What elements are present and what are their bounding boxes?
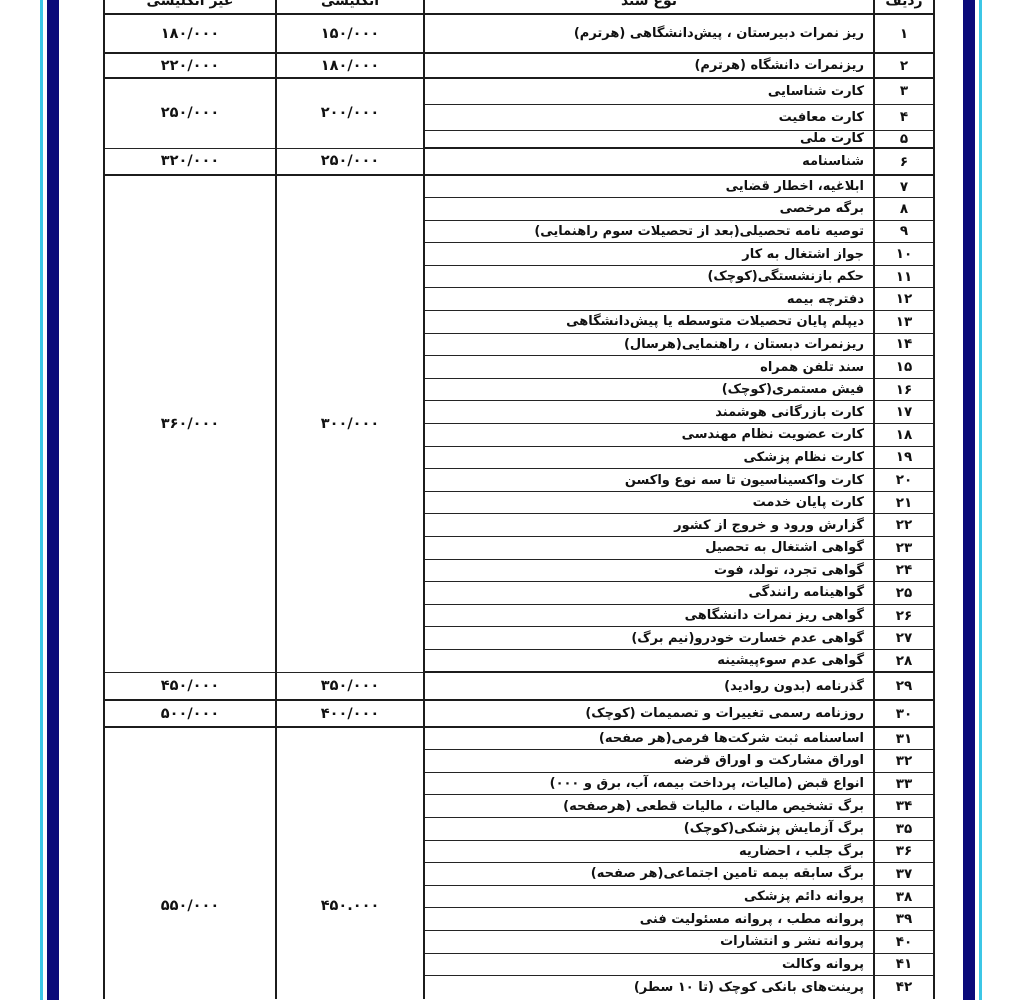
doc-type-cell: ابلاغیه، اخطار قضایی [424,175,874,198]
doc-type-cell: کارت ملی [424,130,874,148]
doc-type-cell: پروانه مطب ، پروانه مسئولیت فنی [424,908,874,931]
row-number-cell: ۴۱ [874,953,934,976]
price-non-english-cell: ۴۵۰/۰۰۰ [104,672,276,700]
row-number-cell: ۱۶ [874,378,934,401]
price-table-body: ۱ریز نمرات دبیرستان ، پیش‌دانشگاهی (هرتر… [104,14,934,999]
doc-type-cell: برگه مرخصی [424,198,874,221]
doc-type-cell: گواهی اشتغال به تحصیل [424,537,874,560]
table-row: ۳۱اساسنامه ثبت شرکت‌ها فرمی(هر صفحه)۴۵۰.… [104,727,934,750]
header-row-number: ردیف [874,0,934,14]
row-number-cell: ۱۹ [874,446,934,469]
row-number-cell: ۲۷ [874,627,934,650]
price-english-cell: ۲۵۰/۰۰۰ [276,148,424,175]
doc-type-cell: کارت عضویت نظام مهندسی [424,424,874,447]
doc-type-cell: گواهی ریز نمرات دانشگاهی [424,604,874,627]
price-english-cell: ۳۰۰/۰۰۰ [276,175,424,672]
row-number-cell: ۲۲ [874,514,934,537]
row-number-cell: ۱۰ [874,243,934,266]
doc-type-cell: گواهی تجرد، تولد، فوت [424,559,874,582]
table-row: ۱ریز نمرات دبیرستان ، پیش‌دانشگاهی (هرتر… [104,14,934,53]
page: { "frame": { "navy": "#0a0a7a", "cyan": … [0,0,1022,1000]
page-border-left-navy-bar [47,0,59,1000]
translation-tariff-table: ردیف نوع سند انگلیسی غیر انگلیسی ۱ریز نم… [103,0,935,999]
page-border-left-cyan-line [40,0,43,1000]
doc-type-cell: کارت واکسیناسیون تا سه نوع واکسن [424,469,874,492]
price-english-cell: ۴۰۰/۰۰۰ [276,700,424,727]
doc-type-cell: برگ تشخیص مالیات ، مالیات قطعی (هرصفحه) [424,795,874,818]
doc-type-cell: سند تلفن همراه [424,356,874,379]
table-row: ۶شناسنامه۲۵۰/۰۰۰۳۲۰/۰۰۰ [104,148,934,175]
row-number-cell: ۱۳ [874,311,934,334]
doc-type-cell: کارت معافیت [424,104,874,130]
row-number-cell: ۳۸ [874,885,934,908]
doc-type-cell: دیپلم پایان تحصیلات متوسطه یا پیش‌دانشگا… [424,311,874,334]
doc-type-cell: کارت بازرگانی هوشمند [424,401,874,424]
doc-type-cell: کارت نظام پزشکی [424,446,874,469]
doc-type-cell: حکم بازنشستگی(کوچک) [424,265,874,288]
row-number-cell: ۲۱ [874,491,934,514]
header-english-price-label: انگلیسی [277,0,423,11]
doc-type-cell: پرینت‌های بانکی کوچک (تا ۱۰ سطر) [424,976,874,999]
table-row: ۲ریزنمرات دانشگاه (هرترم)۱۸۰/۰۰۰۲۲۰/۰۰۰ [104,53,934,78]
doc-type-cell: گواهی عدم سوءپیشینه [424,649,874,672]
price-english-cell: ۴۵۰.۰۰۰ [276,727,424,999]
row-number-cell: ۱۷ [874,401,934,424]
row-number-cell: ۱۴ [874,333,934,356]
row-number-cell: ۱۱ [874,265,934,288]
doc-type-cell: ریزنمرات دبستان ، راهنمایی(هرسال) [424,333,874,356]
doc-type-cell: برگ سابقه بیمه تامین اجتماعی(هر صفحه) [424,863,874,886]
row-number-cell: ۳۵ [874,817,934,840]
row-number-cell: ۷ [874,175,934,198]
row-number-cell: ۲۵ [874,582,934,605]
row-number-cell: ۱۵ [874,356,934,379]
row-number-cell: ۱ [874,14,934,53]
row-number-cell: ۲ [874,53,934,78]
doc-type-cell: برگ آزمایش پزشکی(کوچک) [424,817,874,840]
row-number-cell: ۲۳ [874,537,934,560]
header-english-price: انگلیسی [276,0,424,14]
row-number-cell: ۴ [874,104,934,130]
row-number-cell: ۲۴ [874,559,934,582]
page-border-right-cyan-line [979,0,982,1000]
price-non-english-cell: ۲۲۰/۰۰۰ [104,53,276,78]
header-non-english-price-label: غیر انگلیسی [105,0,275,11]
doc-type-cell: فیش مستمری(کوچک) [424,378,874,401]
row-number-cell: ۳۹ [874,908,934,931]
doc-type-cell: گواهینامه رانندگی [424,582,874,605]
price-non-english-cell: ۳۶۰/۰۰۰ [104,175,276,672]
row-number-cell: ۹ [874,220,934,243]
price-non-english-cell: ۵۰۰/۰۰۰ [104,700,276,727]
price-non-english-cell: ۲۵۰/۰۰۰ [104,78,276,148]
doc-type-cell: توصیه نامه تحصیلی(بعد از تحصیلات سوم راه… [424,220,874,243]
row-number-cell: ۸ [874,198,934,221]
row-number-cell: ۱۸ [874,424,934,447]
doc-type-cell: کارت پایان خدمت [424,491,874,514]
doc-type-cell: ریزنمرات دانشگاه (هرترم) [424,53,874,78]
table-row: ۷ابلاغیه، اخطار قضایی۳۰۰/۰۰۰۳۶۰/۰۰۰ [104,175,934,198]
row-number-cell: ۳۷ [874,863,934,886]
table-row: ۳کارت شناسایی۲۰۰/۰۰۰۲۵۰/۰۰۰ [104,78,934,104]
doc-type-cell: روزنامه رسمی تغییرات و تصمیمات (کوچک) [424,700,874,727]
row-number-cell: ۴۲ [874,976,934,999]
price-non-english-cell: ۵۵۰/۰۰۰ [104,727,276,999]
header-doc-type: نوع سند [424,0,874,14]
header-row: ردیف نوع سند انگلیسی غیر انگلیسی [104,0,934,14]
doc-type-cell: اوراق مشارکت و اوراق قرضه [424,750,874,773]
row-number-cell: ۱۲ [874,288,934,311]
row-number-cell: ۶ [874,148,934,175]
row-number-cell: ۳۶ [874,840,934,863]
row-number-cell: ۳۳ [874,772,934,795]
header-non-english-price: غیر انگلیسی [104,0,276,14]
table-row: ۳۰روزنامه رسمی تغییرات و تصمیمات (کوچک)۴… [104,700,934,727]
doc-type-cell: پروانه وکالت [424,953,874,976]
row-number-cell: ۳۲ [874,750,934,773]
doc-type-cell: گذرنامه (بدون روادید) [424,672,874,700]
price-non-english-cell: ۱۸۰/۰۰۰ [104,14,276,53]
row-number-cell: ۳۰ [874,700,934,727]
header-doc-type-label: نوع سند [425,0,873,11]
price-english-cell: ۲۰۰/۰۰۰ [276,78,424,148]
row-number-cell: ۳۴ [874,795,934,818]
price-english-cell: ۱۵۰/۰۰۰ [276,14,424,53]
price-non-english-cell: ۳۲۰/۰۰۰ [104,148,276,175]
doc-type-cell: برگ جلب ، احضاریه [424,840,874,863]
doc-type-cell: شناسنامه [424,148,874,175]
price-english-cell: ۳۵۰/۰۰۰ [276,672,424,700]
price-english-cell: ۱۸۰/۰۰۰ [276,53,424,78]
doc-type-cell: ریز نمرات دبیرستان ، پیش‌دانشگاهی (هرترم… [424,14,874,53]
doc-type-cell: پروانه دائم پزشکی [424,885,874,908]
doc-type-cell: دفترچه بیمه [424,288,874,311]
row-number-cell: ۵ [874,130,934,148]
page-border-right-navy-bar [963,0,975,1000]
row-number-cell: ۲۶ [874,604,934,627]
doc-type-cell: انواع قبض (مالیات، پرداخت بیمه، آب، برق … [424,772,874,795]
doc-type-cell: اساسنامه ثبت شرکت‌ها فرمی(هر صفحه) [424,727,874,750]
doc-type-cell: جواز اشتغال به کار [424,243,874,266]
row-number-cell: ۴۰ [874,930,934,953]
doc-type-cell: کارت شناسایی [424,78,874,104]
table-row: ۲۹گذرنامه (بدون روادید)۳۵۰/۰۰۰۴۵۰/۰۰۰ [104,672,934,700]
header-row-number-label: ردیف [875,0,933,11]
doc-type-cell: گزارش ورود و خروج از کشور [424,514,874,537]
row-number-cell: ۳ [874,78,934,104]
doc-type-cell: پروانه نشر و انتشارات [424,930,874,953]
row-number-cell: ۲۸ [874,649,934,672]
row-number-cell: ۲۹ [874,672,934,700]
row-number-cell: ۲۰ [874,469,934,492]
doc-type-cell: گواهی عدم خسارت خودرو(نیم برگ) [424,627,874,650]
row-number-cell: ۳۱ [874,727,934,750]
